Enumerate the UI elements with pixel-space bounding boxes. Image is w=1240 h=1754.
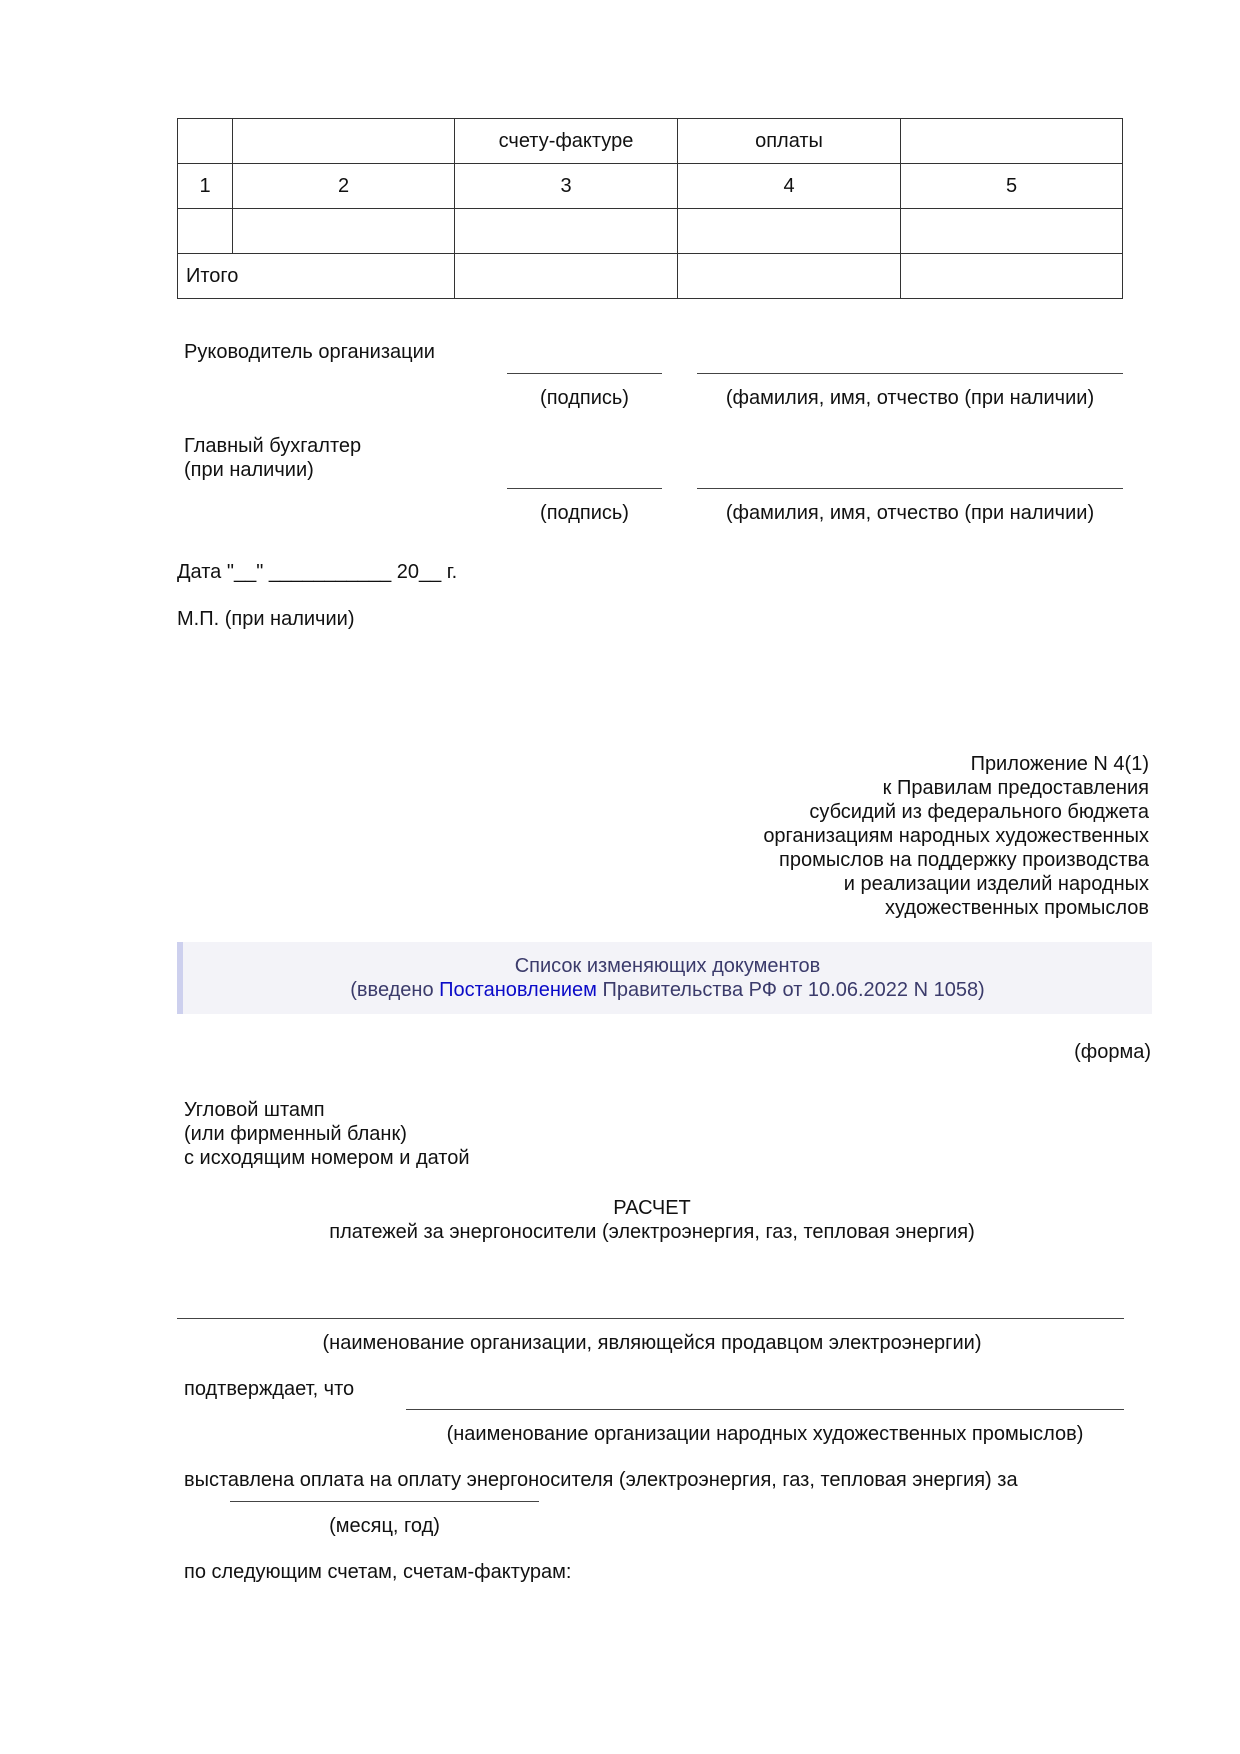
table-total-row: Итого (178, 254, 1123, 299)
table-cell (233, 209, 455, 254)
table-cell (901, 209, 1123, 254)
table-cell: 5 (901, 164, 1123, 209)
corner-stamp-line: Угловой штамп (184, 1098, 325, 1122)
form-label: (форма) (1074, 1040, 1151, 1064)
month-year-caption: (месяц, год) (230, 1514, 539, 1538)
appendix-line: организациям народных художественных (763, 824, 1149, 848)
appendix-line: субсидий из федерального бюджета (763, 800, 1149, 824)
appendix-line: к Правилам предоставления (763, 776, 1149, 800)
corner-stamp-line: (или фирменный бланк) (184, 1122, 407, 1146)
table-cell (678, 209, 901, 254)
table-cell: 2 (233, 164, 455, 209)
table-number-row: 1 2 3 4 5 (178, 164, 1123, 209)
appendix-line: промыслов на поддержку производства (763, 848, 1149, 872)
seller-org-caption: (наименование организации, являющейся пр… (177, 1331, 1127, 1355)
table-cell (455, 254, 678, 299)
confirms-text: подтверждает, что (184, 1377, 354, 1401)
resolution-link[interactable]: Постановлением (439, 979, 597, 1001)
invoices-text: по следующим счетам, счетам-фактурам: (184, 1560, 571, 1584)
accountant-label: Главный бухгалтер (184, 434, 361, 458)
table-cell: 4 (678, 164, 901, 209)
crafts-org-caption: (наименование организации народных худож… (406, 1422, 1124, 1446)
head-label: Руководитель организации (184, 340, 435, 364)
billed-text: выставлена оплата на оплату энергоносите… (184, 1468, 1018, 1492)
invoice-table: счету-фактуре оплаты 1 2 3 4 5 Итого (177, 118, 1123, 299)
amendments-title: Список изменяющих документов (183, 954, 1152, 978)
table-cell: 1 (178, 164, 233, 209)
accountant-name-caption: (фамилия, имя, отчество (при наличии) (697, 501, 1123, 525)
seller-org-line (177, 1318, 1124, 1319)
corner-stamp-line: с исходящим номером и датой (184, 1146, 470, 1170)
table-cell (178, 209, 233, 254)
accountant-label-note: (при наличии) (184, 458, 314, 482)
table-row (178, 209, 1123, 254)
table-cell (233, 119, 455, 164)
table-cell (901, 254, 1123, 299)
table-cell: 3 (455, 164, 678, 209)
table-cell (678, 254, 901, 299)
table-cell: оплаты (678, 119, 901, 164)
appendix-line: Приложение N 4(1) (763, 752, 1149, 776)
appendix-heading: Приложение N 4(1) к Правилам предоставле… (763, 752, 1149, 920)
calc-subtitle: платежей за энергоносители (электроэнерг… (177, 1220, 1127, 1244)
stamp-place: М.П. (при наличии) (177, 607, 354, 631)
head-signature-caption: (подпись) (507, 386, 662, 410)
head-signature-line (507, 373, 662, 374)
amendments-prefix: (введено (350, 979, 439, 1001)
amendments-source: (введено Постановлением Правительства РФ… (183, 978, 1152, 1002)
head-name-caption: (фамилия, имя, отчество (при наличии) (697, 386, 1123, 410)
crafts-org-line (406, 1409, 1124, 1410)
appendix-line: художественных промыслов (763, 896, 1149, 920)
table-cell: счету-фактуре (455, 119, 678, 164)
table-cell (901, 119, 1123, 164)
head-name-line (697, 373, 1123, 374)
calc-title: РАСЧЕТ (177, 1196, 1127, 1220)
amendments-suffix: Правительства РФ от 10.06.2022 N 1058) (597, 979, 985, 1001)
accountant-signature-caption: (подпись) (507, 501, 662, 525)
table-cell (455, 209, 678, 254)
appendix-line: и реализации изделий народных (763, 872, 1149, 896)
table-cell (178, 119, 233, 164)
total-label: Итого (178, 254, 455, 299)
month-year-line (230, 1501, 539, 1502)
accountant-name-line (697, 488, 1123, 489)
table-header-row: счету-фактуре оплаты (178, 119, 1123, 164)
date-line: Дата "__" ___________ 20__ г. (177, 560, 457, 584)
amendments-box: Список изменяющих документов (введено По… (177, 942, 1152, 1014)
accountant-signature-line (507, 488, 662, 489)
